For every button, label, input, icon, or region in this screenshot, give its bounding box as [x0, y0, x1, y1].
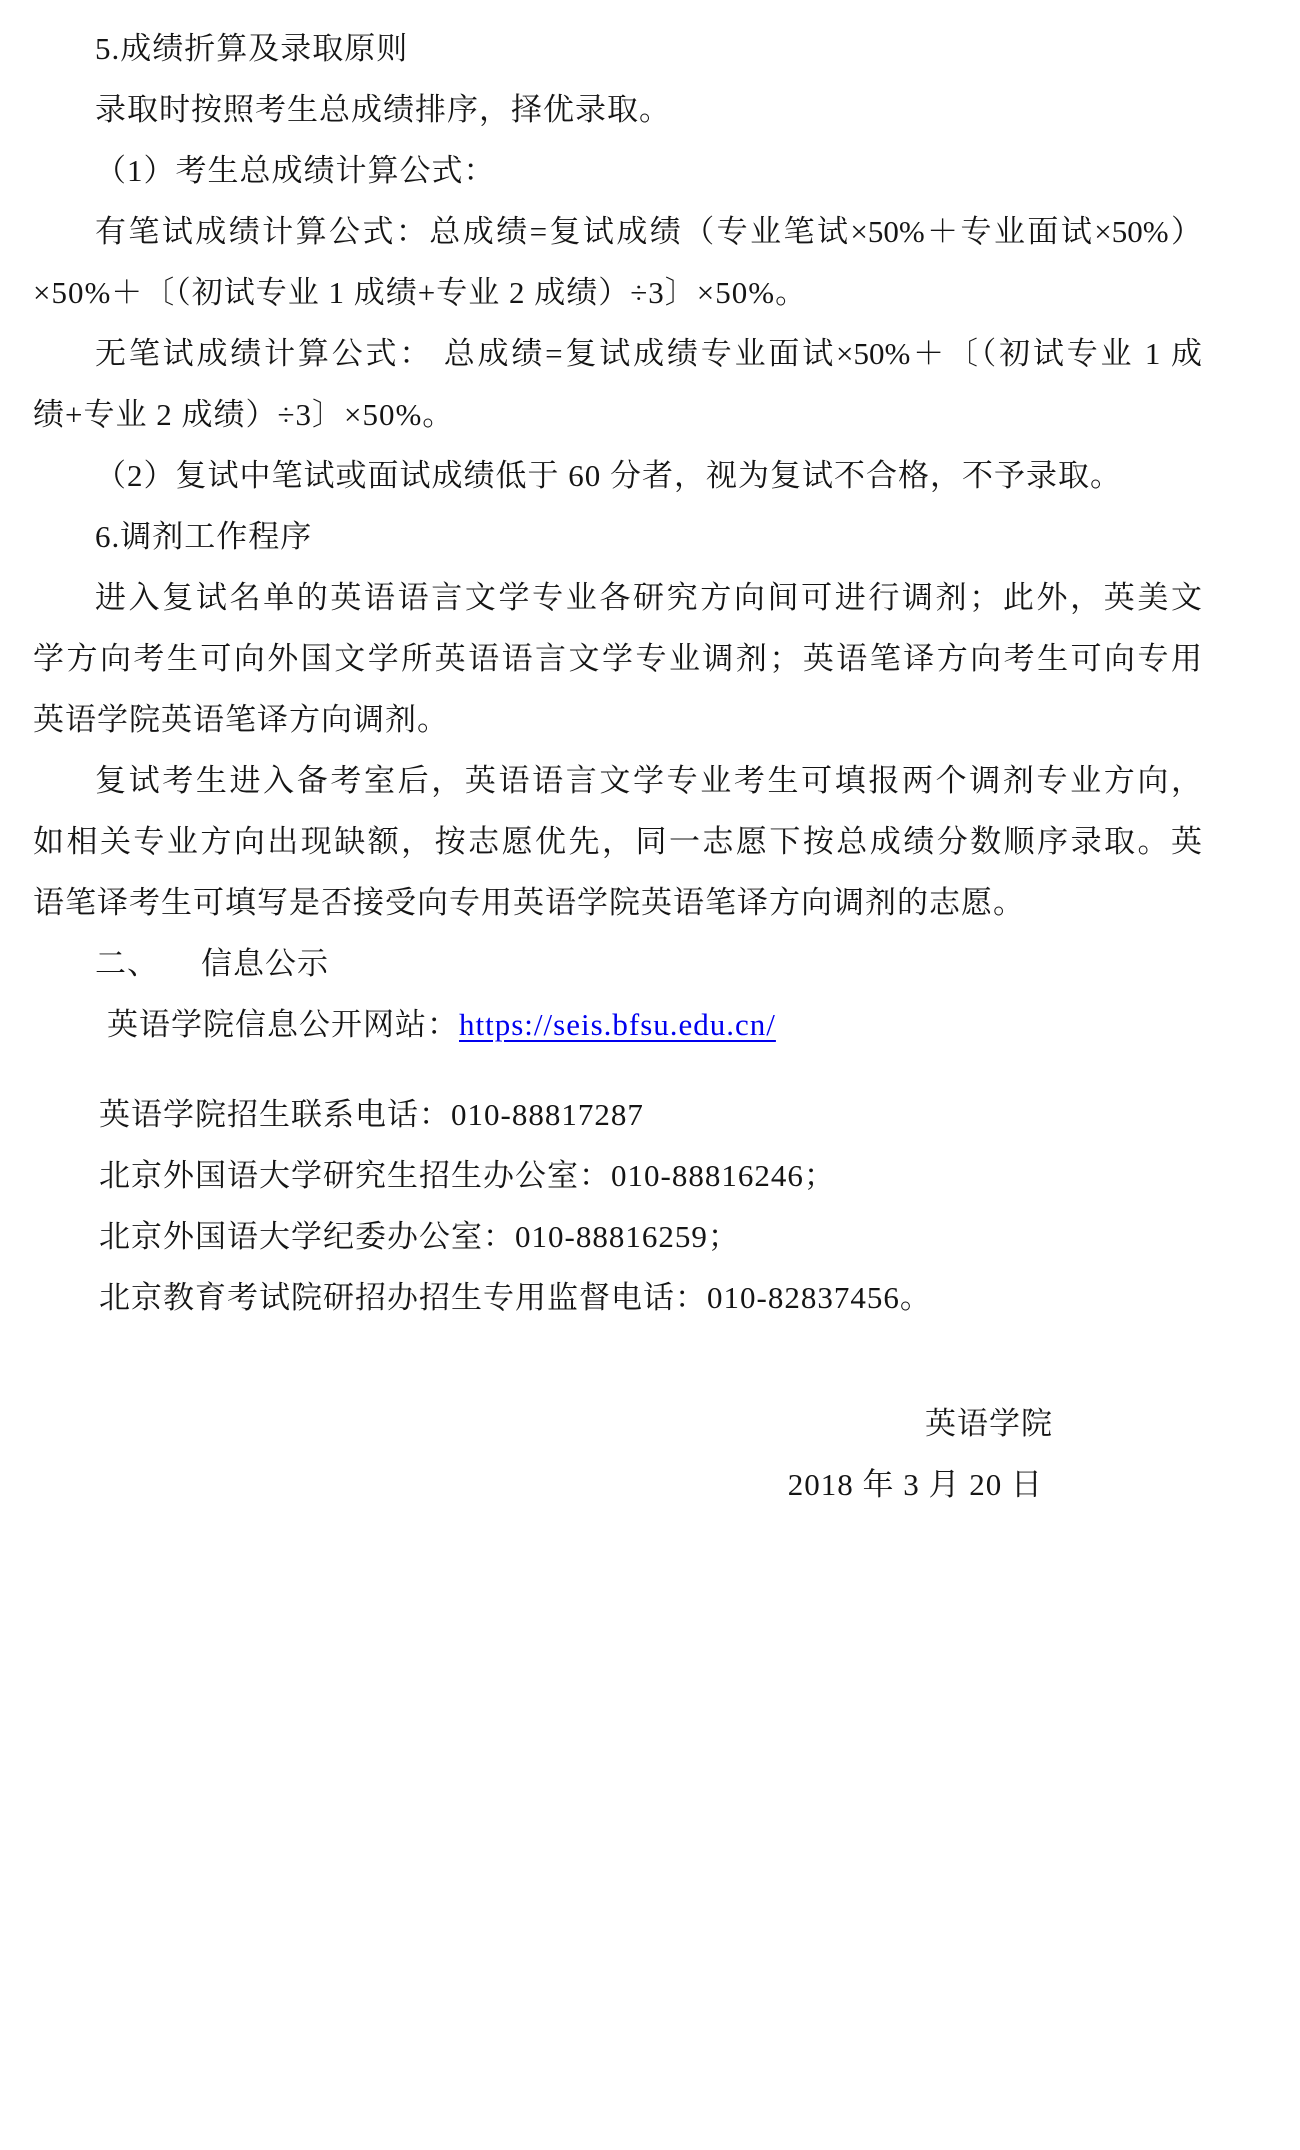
section6-heading: 6.调剂工作程序 — [33, 506, 1202, 567]
contact-tail: ； — [804, 1158, 836, 1193]
contact-tail: ； — [708, 1219, 740, 1254]
contact-list: 英语学院招生联系电话：010-88817287 北京外国语大学研究生招生办公室：… — [33, 1084, 1202, 1328]
formula-written-line2: ×50%＋〔（初试专业 1 成绩+专业 2 成绩）÷3〕×50%。 — [33, 262, 1202, 323]
item1-title: （1）考生总成绩计算公式： — [33, 140, 1202, 201]
section6-para2-line2: 如相关专业方向出现缺额，按志愿优先，同一志愿下按总成绩分数顺序录取。英 — [33, 811, 1202, 872]
signature-org: 英语学院 — [33, 1393, 1202, 1454]
section6-para2-line3: 语笔译考生可填写是否接受向专用英语学院英语笔译方向调剂的志愿。 — [33, 872, 1202, 933]
formula-written-line1: 有笔试成绩计算公式：总成绩=复试成绩（专业笔试×50%＋专业面试×50%） — [33, 201, 1202, 262]
contact-label: 英语学院招生联系电话： — [99, 1097, 451, 1132]
contact-line-graduate-admissions: 北京外国语大学研究生招生办公室：010-88816246； — [33, 1145, 1202, 1206]
document-page: 5.成绩折算及录取原则 录取时按照考生总成绩排序，择优录取。 （1）考生总成绩计… — [33, 18, 1202, 1515]
section6-para1-line3: 英语学院英语笔译方向调剂。 — [33, 689, 1202, 750]
website-link[interactable]: https://seis.bfsu.edu.cn/ — [459, 1007, 776, 1042]
section6-para2-line1: 复试考生进入备考室后，英语语言文学专业考生可填报两个调剂专业方向， — [33, 750, 1202, 811]
website-line: 英语学院信息公开网站：https://seis.bfsu.edu.cn/ — [33, 994, 1202, 1055]
section5-intro: 录取时按照考生总成绩排序，择优录取。 — [33, 79, 1202, 140]
contact-phone: 010-88816246 — [611, 1158, 804, 1193]
contact-label: 北京外国语大学纪委办公室： — [99, 1219, 515, 1254]
contact-label: 北京外国语大学研究生招生办公室： — [99, 1158, 611, 1193]
contact-line-admissions-office-seis: 英语学院招生联系电话：010-88817287 — [33, 1084, 1202, 1145]
contact-line-discipline-office: 北京外国语大学纪委办公室：010-88816259； — [33, 1206, 1202, 1267]
item2-text: （2）复试中笔试或面试成绩低于 60 分者，视为复试不合格，不予录取。 — [33, 445, 1202, 506]
section5-heading: 5.成绩折算及录取原则 — [33, 18, 1202, 79]
contact-phone: 010-88816259 — [515, 1219, 708, 1254]
contact-line-supervision-hotline: 北京教育考试院研招办招生专用监督电话：010-82837456。 — [33, 1267, 1202, 1328]
section6-para1-line2: 学方向考生可向外国文学所英语语言文学专业调剂；英语笔译方向考生可向专用 — [33, 628, 1202, 689]
contact-label: 北京教育考试院研招办招生专用监督电话： — [99, 1280, 707, 1315]
contact-phone: 010-82837456 — [707, 1280, 900, 1315]
contact-tail: 。 — [900, 1280, 932, 1315]
formula-oral-line1: 无笔试成绩计算公式： 总成绩=复试成绩专业面试×50%＋〔（初试专业 1 成 — [33, 323, 1202, 384]
section2-number: 二、 — [95, 946, 159, 981]
section6-para1-line1: 进入复试名单的英语语言文学专业各研究方向间可进行调剂；此外，英美文 — [33, 567, 1202, 628]
contact-phone: 010-88817287 — [451, 1097, 644, 1132]
signature-date: 2018 年 3 月 20 日 — [33, 1454, 1202, 1515]
section2-heading: 二、信息公示 — [33, 933, 1202, 994]
website-label: 英语学院信息公开网站： — [107, 1007, 459, 1042]
formula-oral-line2: 绩+专业 2 成绩）÷3〕×50%。 — [33, 384, 1202, 445]
section2-title: 信息公示 — [201, 946, 329, 981]
signature-block: 英语学院 2018 年 3 月 20 日 — [33, 1393, 1202, 1515]
